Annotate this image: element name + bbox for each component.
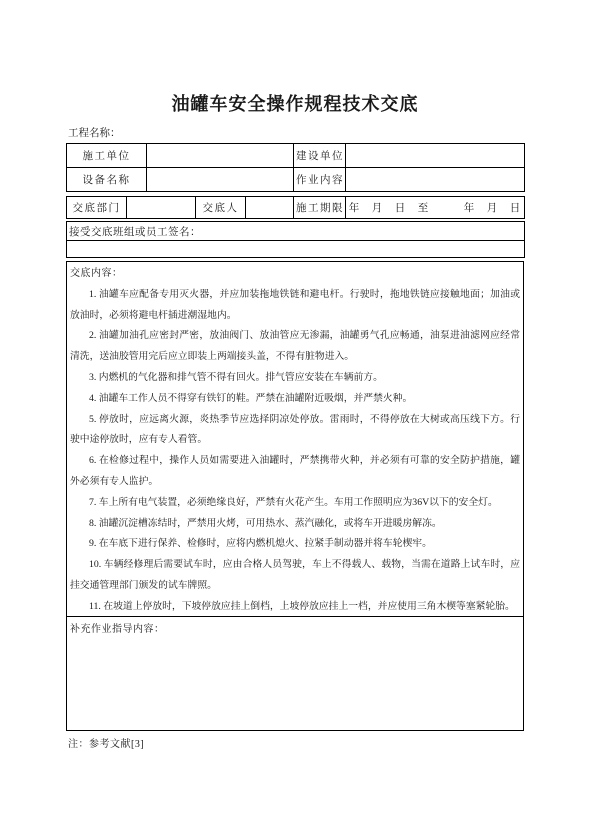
- work-content-value: [346, 168, 525, 192]
- build-unit-label: 建设单位: [294, 144, 346, 168]
- construction-period-label: 施工期限: [294, 197, 346, 219]
- document-title: 油罐车安全操作规程技术交底: [0, 90, 590, 116]
- clause-item: 6. 在检修过程中，操作人员如需要进入油罐时，严禁携带火种，并必须有可靠的安全防…: [70, 451, 520, 493]
- discloser-label: 交底人: [196, 197, 246, 219]
- clause-item: 9. 在车底下进行保养、检修时，应将内燃机熄火、拉紧手制动器并将车轮楔牢。: [70, 534, 520, 555]
- clause-item: 7. 车上所有电气装置，必须绝缘良好，严禁有火花产生。车用工作照明应为36V以下…: [70, 493, 520, 514]
- table-row: 接受交底班组或员工签名：: [67, 222, 525, 241]
- clause-item: 1. 油罐车应配备专用灭火器，并应加装拖地铁链和避电杆。行驶时，拖地铁链应接触地…: [70, 285, 520, 327]
- content-table: 交底内容： 1. 油罐车应配备专用灭火器，并应加装拖地铁链和避电杆。行驶时，拖地…: [66, 261, 524, 731]
- clause-item: 5. 停放时，应远离火源，炎热季节应选择阴凉处停放。雷雨时，不得停放在大树或高压…: [70, 410, 520, 452]
- signature-table: 接受交底班组或员工签名：: [66, 221, 525, 258]
- disclosure-content-label: 交底内容：: [70, 264, 520, 285]
- table-row: 设备名称 作业内容: [67, 168, 525, 192]
- disclosure-dept-label: 交底部门: [67, 197, 127, 219]
- discloser-value: [246, 197, 294, 219]
- work-content-label: 作业内容: [294, 168, 346, 192]
- table-row: 交底部门 交底人 施工期限 年 月 日 至 年 月 日: [67, 197, 525, 219]
- clause-item: 11. 在坡道上停放时，下坡停放应挂上倒档，上坡停放应挂上一档，并应使用三角木楔…: [70, 597, 520, 617]
- disclosure-content-section: 交底内容： 1. 油罐车应配备专用灭火器，并应加装拖地铁链和避电杆。行驶时，拖地…: [67, 262, 523, 617]
- supplement-label: 补充作业指导内容：: [70, 620, 520, 641]
- disclosure-dept-value: [127, 197, 196, 219]
- build-unit-value: [346, 144, 525, 168]
- construction-period-value: 年 月 日 至 年 月 日: [346, 197, 525, 219]
- info-table-disclosure: 交底部门 交底人 施工期限 年 月 日 至 年 月 日: [66, 196, 525, 219]
- signature-label: 接受交底班组或员工签名：: [67, 222, 525, 241]
- clause-item: 10. 车辆经修理后需要试车时，应由合格人员驾驶，车上不得载人、载物，当需在道路…: [70, 555, 520, 597]
- footnote: 注：参考文献[3]: [68, 735, 144, 750]
- clause-item: 2. 油罐加油孔应密封严密，放油阀门、放油管应无渗漏，油罐勇气孔应畅通，油泵进油…: [70, 326, 520, 368]
- document-page: 油罐车安全操作规程技术交底 工程名称： 施工单位 建设单位 设备名称 作业内容 …: [0, 0, 590, 835]
- clause-item: 3. 内燃机的气化器和排气管不得有回火。排气管应安装在车辆前方。: [70, 368, 520, 389]
- equipment-name-value: [147, 168, 294, 192]
- project-name-label: 工程名称：: [68, 125, 121, 140]
- clause-item: 4. 油罐车工作人员不得穿有铁钉的鞋。严禁在油罐附近吸烟，并严禁火种。: [70, 389, 520, 410]
- clause-item: 8. 油罐沉淀槽冻结时，严禁用火烤，可用热水、蒸汽融化，或将车开进暖房解冻。: [70, 514, 520, 535]
- info-table-units: 施工单位 建设单位 设备名称 作业内容: [66, 143, 525, 192]
- disclosure-clauses: 1. 油罐车应配备专用灭火器，并应加装拖地铁链和避电杆。行驶时，拖地铁链应接触地…: [70, 285, 520, 617]
- table-row: 施工单位 建设单位: [67, 144, 525, 168]
- construction-unit-label: 施工单位: [67, 144, 147, 168]
- table-row: [67, 241, 525, 258]
- signature-blank-row: [67, 241, 525, 258]
- construction-unit-value: [147, 144, 294, 168]
- equipment-name-label: 设备名称: [67, 168, 147, 192]
- supplement-section: 补充作业指导内容：: [67, 617, 523, 730]
